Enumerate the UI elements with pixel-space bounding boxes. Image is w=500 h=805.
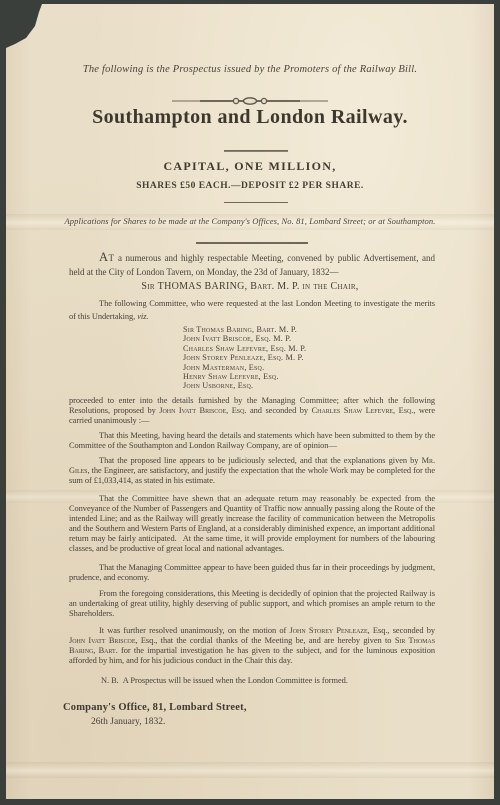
short-rule (224, 202, 288, 203)
section-rule (196, 242, 308, 244)
photograph-backdrop: The following is the Prospectus issued b… (0, 0, 500, 805)
thanks-resolution-paragraph: It was further resolved unanimously, on … (69, 626, 435, 666)
resolution-paragraph-1: That this Meeting, having heard the deta… (69, 431, 435, 451)
nota-bene-line: N. B. A Prospectus will be issued when t… (69, 676, 435, 686)
committee-member-list: Sir Thomas Baring, Bart. M. P. John Ivat… (183, 325, 306, 391)
applications-note: Applications for Shares to be made at th… (6, 216, 494, 226)
committee-intro-paragraph: The following Committee, who were reques… (69, 297, 435, 323)
committee-member: John Storey Penleaze, Esq. M. P. (183, 353, 306, 362)
resolution-paragraph-5: From the foregoing considerations, this … (69, 589, 435, 619)
resolutions-preamble-paragraph: proceeded to enter into the details furn… (69, 396, 435, 426)
short-rule (224, 150, 288, 152)
resolution-paragraph-3: That the Committee have shewn that an ad… (69, 494, 435, 554)
resolution-paragraph-4: That the Managing Committee appear to ha… (69, 563, 435, 583)
shares-line: SHARES £50 EACH.—DEPOSIT £2 PER SHARE. (6, 181, 494, 191)
committee-member: John Masterman, Esq. (183, 363, 306, 372)
chairman-line: Sir THOMAS BARING, Bart. M. P. in the Ch… (6, 281, 494, 292)
committee-member: Henry Shaw Lefevre, Esq. (183, 372, 306, 381)
committee-member: John Ivatt Briscoe, Esq. M. P. (183, 334, 306, 343)
committee-member: Sir Thomas Baring, Bart. M. P. (183, 325, 306, 334)
prospectus-page: The following is the Prospectus issued b… (6, 4, 494, 799)
company-office-line: Company's Office, 81, Lombard Street, (63, 702, 247, 713)
meeting-intro-paragraph: At a numerous and highly respectable Mee… (69, 250, 435, 279)
paper-fold-crease (6, 762, 494, 778)
resolution-paragraph-2: That the proposed line appears to be jud… (69, 456, 435, 486)
committee-member: John Usborne, Esq. (183, 381, 306, 390)
committee-member: Charles Shaw Lefevre, Esq. M. P. (183, 344, 306, 353)
header-note: The following is the Prospectus issued b… (6, 64, 494, 75)
date-line: 26th January, 1832. (91, 717, 165, 727)
capital-line: CAPITAL, ONE MILLION, (6, 159, 494, 174)
page-title: Southampton and London Railway. (6, 106, 494, 129)
